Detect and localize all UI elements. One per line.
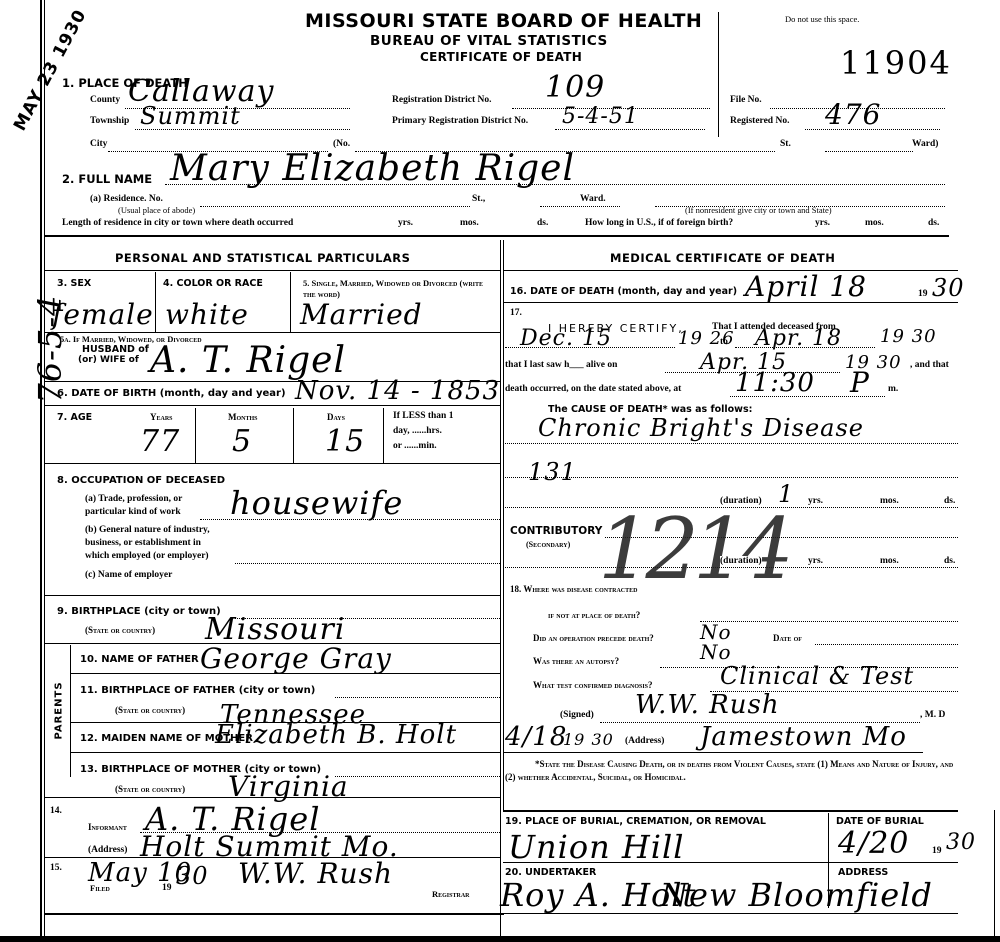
occupation-value: housewife	[230, 484, 403, 522]
column-divider-inner	[503, 240, 504, 810]
mother-bp-state-label: (State or country)	[115, 784, 185, 794]
attended-from-value: Dec. 15	[520, 326, 612, 351]
occ-b-label-1: (b) General nature of industry,	[85, 525, 210, 535]
residence-ward-label: Ward.	[580, 194, 606, 204]
undertaker-address-value: New Bloomfield	[660, 876, 933, 914]
years-months-divider	[195, 408, 196, 463]
cause-value: Chronic Bright's Disease	[538, 414, 864, 442]
primary-reg-value: 5-4-51	[562, 104, 639, 129]
burial-year-prefix: 19	[932, 846, 942, 856]
dod-label: 16. DATE OF DEATH (month, day and year)	[510, 286, 737, 297]
test-label: What test confirmed diagnosis?	[533, 680, 653, 690]
race-value: white	[165, 298, 249, 331]
contributory-ds-label: ds.	[944, 556, 955, 566]
birthplace-state-label: (State or country)	[85, 625, 155, 635]
file-no-label: File No.	[730, 95, 762, 105]
length-ds-label: ds.	[537, 218, 548, 228]
foreign-mos-label: mos.	[865, 218, 884, 228]
foreign-ds-label: ds.	[928, 218, 939, 228]
autopsy-value: No	[700, 640, 732, 664]
length-yrs-label: yrs.	[398, 218, 413, 228]
less-label-3: or ......min.	[393, 441, 437, 451]
months-value: 5	[232, 424, 252, 459]
burial-date-value: 4/20	[838, 826, 909, 861]
spouse-label-2: HUSBAND of	[82, 344, 149, 355]
township-label: Township	[90, 116, 129, 126]
months-label: Months	[228, 412, 258, 422]
row8-rule	[44, 595, 500, 596]
ward-label: Ward)	[912, 139, 938, 149]
cause-code: 131	[528, 458, 577, 486]
registrar-signature: W.W. Rush	[238, 857, 393, 890]
do-not-use-label: Do not use this space.	[785, 14, 859, 24]
parents-label: PARENTS	[54, 681, 65, 739]
filed-num: 15.	[50, 863, 62, 873]
full-name-value: Mary Elizabeth Rigel	[170, 148, 575, 189]
contributory-label: CONTRIBUTORY	[510, 525, 602, 537]
township-value: Summit	[140, 102, 241, 130]
doc-type: CERTIFICATE OF DEATH	[420, 50, 582, 64]
autopsy-label: Was there an autopsy?	[533, 656, 619, 666]
marital-value: Married	[300, 298, 423, 331]
occupation-label: 8. OCCUPATION OF DECEASED	[57, 475, 225, 486]
burial-year-value: 30	[946, 830, 976, 855]
cause-line-1	[503, 443, 958, 444]
md-label: , M. D	[920, 710, 945, 720]
contributory-yrs-label: yrs.	[808, 556, 823, 566]
occ-b-line	[235, 563, 500, 564]
row16-rule	[503, 302, 958, 303]
bottom-scan-border	[0, 936, 1000, 942]
dod-year-value: 30	[932, 274, 965, 302]
operation-label: Did an operation precede death?	[533, 633, 654, 643]
medical-section-title: MEDICAL CERTIFICATE OF DEATH	[610, 251, 835, 265]
right-scan-edge	[994, 810, 995, 942]
sign-address-label: (Address)	[625, 736, 664, 746]
mother-value: Elizabeth B. Holt	[215, 720, 457, 750]
sign-date-value: 4/18	[505, 722, 567, 752]
length-residence-label: Length of residence in city or town wher…	[62, 218, 293, 228]
informant-num: 14.	[50, 806, 62, 816]
days-label: Days	[327, 412, 345, 422]
race-label: 4. COLOR OR RACE	[163, 278, 263, 289]
father-bp-city-line	[335, 697, 500, 698]
header-divider	[718, 12, 719, 137]
row10-rule	[70, 673, 500, 674]
occ-c-label: (c) Name of employer	[85, 570, 172, 580]
if-not-label: if not at place of death?	[548, 610, 640, 620]
duration-ds-label: ds.	[944, 496, 955, 506]
length-mos-label: mos.	[460, 218, 479, 228]
dob-label: 6. DATE OF BIRTH (month, day and year)	[57, 388, 286, 399]
sex-label: 3. SEX	[57, 278, 91, 289]
received-stamp: MAY 23 1930	[10, 6, 91, 134]
primary-reg-line	[555, 129, 705, 130]
row7-rule	[44, 463, 500, 464]
contributory-duration-label: (duration)	[720, 556, 762, 566]
informant-address-label: (Address)	[88, 845, 127, 855]
st-label: St.	[780, 139, 791, 149]
sign-year-value: 19 30	[563, 730, 614, 749]
age-label: 7. AGE	[57, 412, 92, 423]
certificate-number: 11904	[840, 44, 952, 82]
dod-year-prefix: 19	[918, 289, 928, 299]
county-label: County	[90, 95, 120, 105]
personal-section-title: PERSONAL AND STATISTICAL PARTICULARS	[115, 251, 410, 265]
city-label: City	[90, 139, 107, 149]
occ-b-label-2: business, or establishment in	[85, 538, 201, 548]
residence-line	[200, 206, 470, 207]
father-value: George Gray	[200, 642, 392, 675]
column-divider	[500, 240, 501, 940]
attended-to-year: 19 30	[880, 326, 937, 347]
bottom-left-rule	[44, 913, 504, 915]
where-contracted-label: 18. Where was disease contracted	[510, 584, 637, 594]
personal-header-rule	[44, 270, 500, 271]
primary-reg-label: Primary Registration District No.	[392, 116, 528, 126]
medical-header-rule	[503, 270, 958, 271]
footnote-rule	[503, 810, 958, 812]
filed-year-prefix: 19	[162, 883, 172, 893]
years-label: Years	[150, 412, 173, 422]
burial-rule	[503, 862, 958, 863]
bureau-title: BUREAU OF VITAL STATISTICS	[370, 33, 608, 49]
mother-bp-city-line	[335, 776, 500, 777]
signed-label: (Signed)	[560, 710, 594, 720]
secondary-label: (Secondary)	[526, 540, 570, 549]
full-name-label: 2. FULL NAME	[62, 172, 152, 186]
address-rule	[503, 752, 923, 753]
occ-a-label-2: particular kind of work	[85, 507, 181, 517]
sex-value: female	[52, 298, 154, 331]
months-days-divider	[293, 408, 294, 463]
duration-yrs-label: yrs.	[808, 496, 823, 506]
ward-line	[825, 151, 913, 152]
page-title: MISSOURI STATE BOARD OF HEALTH	[305, 10, 702, 32]
dob-value: Nov. 14 - 1853	[295, 376, 500, 406]
attended-to-value: Apr. 18	[755, 326, 842, 351]
dod-value: April 18	[745, 270, 867, 303]
test-value: Clinical & Test	[720, 662, 914, 690]
row12-rule	[70, 752, 500, 753]
birthplace-label: 9. BIRTHPLACE (city or town)	[57, 606, 221, 617]
row6-rule	[44, 405, 500, 406]
date-of-label: Date of	[773, 633, 802, 643]
m-label: m.	[888, 384, 898, 394]
mother-bp-value: Virginia	[228, 770, 349, 803]
footnote: *State the Disease Causing Death, or in …	[505, 758, 960, 784]
undertaker-rule	[503, 913, 958, 914]
father-bp-label: 11. BIRTHPLACE OF FATHER (city or town)	[80, 685, 315, 696]
filed-year-value: 30	[176, 862, 209, 890]
ampm-value: P	[850, 366, 870, 399]
residence-st-label: St.,	[472, 194, 485, 204]
registered-no-label: Registered No.	[730, 116, 789, 126]
less-label-2: day, ......hrs.	[393, 426, 442, 436]
date-of-line	[815, 644, 958, 645]
top-section-rule	[44, 235, 949, 237]
burial-label: 19. PLACE OF BURIAL, CREMATION, OR REMOV…	[505, 816, 766, 827]
nonresident-note: (If nonresident give city or town and St…	[685, 205, 832, 215]
days-value: 15	[325, 424, 365, 459]
residence-label: (a) Residence. No.	[90, 194, 163, 204]
sign-address-value: Jamestown Mo	[700, 722, 907, 752]
reg-district-label: Registration District No.	[392, 95, 491, 105]
registrar-label: Registrar	[432, 889, 469, 899]
left-border-inner	[44, 0, 45, 942]
where-line	[700, 621, 958, 622]
occ-b-label-3: which employed (or employer)	[85, 551, 209, 561]
item17-num: 17.	[510, 308, 522, 318]
time-value: 11:30	[735, 368, 815, 398]
reg-district-value: 109	[545, 70, 605, 105]
registered-no-value: 476	[825, 98, 881, 131]
sex-race-divider	[155, 272, 156, 332]
left-border	[40, 0, 42, 942]
foreign-yrs-label: yrs.	[815, 218, 830, 228]
father-bp-state-label: (State or country)	[115, 705, 185, 715]
death-occurred-label: death occurred, on the date stated above…	[505, 384, 681, 394]
usual-abode-label: (Usual place of abode)	[118, 205, 195, 215]
years-value: 77	[140, 424, 180, 459]
last-saw-label: that I last saw h___ alive on	[505, 360, 617, 370]
burial-place-value: Union Hill	[508, 828, 684, 866]
signed-value: W.W. Rush	[635, 690, 780, 720]
race-marital-divider	[290, 272, 291, 332]
spouse-label-3: (or) WIFE of	[78, 355, 139, 365]
parents-divider	[70, 645, 71, 777]
less-label-1: If LESS than 1	[393, 411, 453, 421]
marital-label: 5. Single, Married, Widowed or Divorced …	[303, 278, 493, 300]
and-that-label: , and that	[910, 360, 949, 370]
occ-a-label-1: (a) Trade, profession, or	[85, 494, 182, 504]
spouse-value: A. T. Rigel	[150, 340, 346, 381]
father-label: 10. NAME OF FATHER	[80, 654, 199, 665]
informant-label: Informant	[88, 822, 127, 832]
days-less-divider	[383, 408, 384, 463]
row3-rule	[44, 332, 500, 333]
duration-mos-label: mos.	[880, 496, 899, 506]
to-label: to	[720, 337, 728, 347]
row13-rule	[44, 797, 500, 798]
contributory-mos-label: mos.	[880, 556, 899, 566]
foreign-birth-label: How long in U.S., if of foreign birth?	[585, 218, 733, 228]
residence-ward-line	[540, 206, 620, 207]
